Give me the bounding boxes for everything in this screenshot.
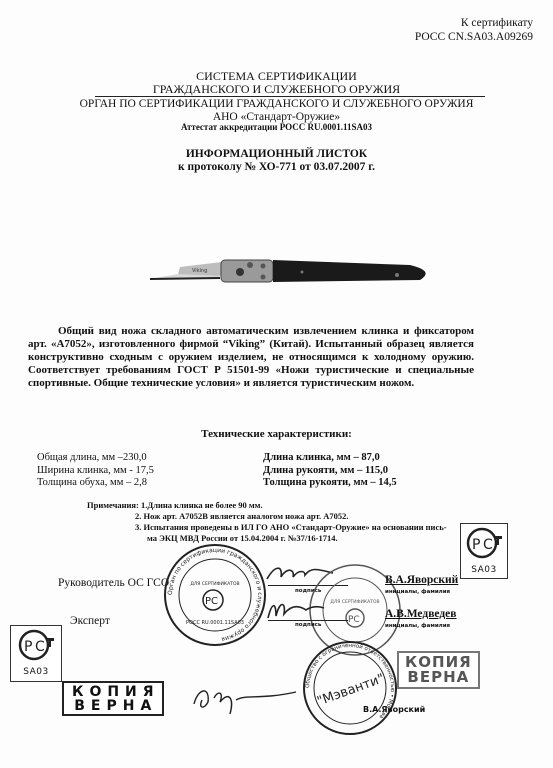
organ-line-1: ОРГАН ПО СЕРТИФИКАЦИИ ГРАЖДАНСКОГО И СЛУ… xyxy=(0,98,553,111)
document-title: ИНФОРМАЦИОННЫЙ ЛИСТОК к протоколу № ХО-7… xyxy=(0,148,553,174)
certificate-ref-label: К сертификату xyxy=(355,16,533,30)
svg-text:Р: Р xyxy=(472,537,480,553)
system-header: СИСТЕМА СЕРТИФИКАЦИИ ГРАЖДАНСКОГО И СЛУЖ… xyxy=(0,70,553,96)
expert-signature-caption: подпись xyxy=(295,622,321,628)
notes-section: Примечания: 1.Длина клинка не более 90 м… xyxy=(87,500,447,544)
svg-text:Viking: Viking xyxy=(192,268,207,274)
seal-reg: РОСС RU.0001.11SA03 xyxy=(186,620,244,626)
head-role-label: Руководитель ОС ГСО xyxy=(58,577,169,589)
spec-total-length: Общая длина, мм –230,0 xyxy=(37,452,154,465)
mzvanti-signer: В.А.Яворский xyxy=(363,705,425,714)
title-line-1: ИНФОРМАЦИОННЫЙ ЛИСТОК xyxy=(0,148,553,161)
certificate-ref-number: РОСС CN.SA03.A09269 xyxy=(355,30,533,44)
system-line-2: ГРАЖДАНСКОГО И СЛУЖЕБНОГО ОРУЖИЯ xyxy=(0,83,553,96)
expert-signature xyxy=(266,598,326,620)
notes-label: Примечания: xyxy=(87,500,139,510)
mzvanti-name: "Мэванти" xyxy=(315,671,386,709)
title-protocol: к протоколу № ХО-771 от 03.07.2007 г. xyxy=(0,161,553,174)
rst-logo-icon: Р С xyxy=(464,524,504,560)
tech-specs-left: Общая длина, мм –230,0 Ширина клинка, мм… xyxy=(37,452,154,490)
rst-logo-icon: Р С xyxy=(14,626,58,662)
spec-blade-width: Ширина клинка, мм - 17,5 xyxy=(37,465,154,478)
tech-specs-right: Длина клинка, мм – 87,0 Длина рукояти, м… xyxy=(263,452,397,490)
tech-specs-title: Технические характеристики: xyxy=(0,428,553,440)
accreditation-line: Аттестат аккредитации РОСС RU.0001.11SA0… xyxy=(0,122,553,132)
svg-text:С: С xyxy=(35,639,45,655)
spec-blade-length: Длина клинка, мм – 87,0 xyxy=(263,452,397,465)
spec-handle-thickness: Толщина рукояти, мм – 14,5 xyxy=(263,477,397,490)
note-2: 2. Нож арт. А7052В является аналогом нож… xyxy=(87,511,447,522)
header-divider xyxy=(95,96,485,97)
company-seal-mzvanti: Общество с ограниченной ответственностью… xyxy=(300,638,400,738)
rst-code: SA03 xyxy=(461,565,507,575)
svg-text:ДЛЯ СЕРТИФИКАТОВ: ДЛЯ СЕРТИФИКАТОВ xyxy=(330,599,379,605)
organ-header: ОРГАН ПО СЕРТИФИКАЦИИ ГРАЖДАНСКОГО И СЛУ… xyxy=(0,98,553,124)
head-name-caption: инициалы, фамилия xyxy=(385,589,450,595)
seal-center-text: ДЛЯ СЕРТИФИКАТОВ xyxy=(190,581,239,587)
spec-handle-length: Длина рукояти, мм – 115,0 xyxy=(263,465,397,478)
svg-text:С: С xyxy=(483,537,493,553)
rst-code-left: SA03 xyxy=(11,667,61,677)
seal-ring-text: Орган по сертификации гражданского и слу… xyxy=(167,547,263,643)
expert-name-caption: инициалы, фамилия xyxy=(385,623,450,629)
certification-seal: Орган по сертификации гражданского и слу… xyxy=(160,540,270,650)
spec-spine-thickness: Толщина обуха, мм – 2,8 xyxy=(37,477,154,490)
copy-certified-stamp: КОПИЯ ВЕРНА xyxy=(62,681,164,716)
rst-certification-mark-left: Р С SA03 xyxy=(10,625,62,682)
rst-certification-mark: Р С SA03 xyxy=(460,523,508,579)
expert-signature-line xyxy=(268,620,348,621)
expert-role-label: Эксперт xyxy=(70,615,110,627)
note-1: Примечания: 1.Длина клинка не более 90 м… xyxy=(87,500,447,511)
svg-text:Орган по сертификации гражданс: Орган по сертификации гражданского и слу… xyxy=(167,547,263,643)
seal-rst-letters: РС xyxy=(205,596,218,607)
svg-text:Р: Р xyxy=(24,639,32,655)
knife-photo: Viking xyxy=(150,222,440,292)
head-name: В.А.Яворский xyxy=(385,574,458,586)
copy-certified-stamp-right: КОПИЯ ВЕРНА xyxy=(397,651,480,689)
expert-name: А.В.Медведев xyxy=(385,608,457,620)
description-paragraph: Общий вид ножа складного автоматическим … xyxy=(28,325,474,390)
svg-text:РС: РС xyxy=(348,615,360,625)
certificate-reference: К сертификату РОСС CN.SA03.A09269 xyxy=(355,16,533,44)
copy-signature xyxy=(190,680,300,720)
description-text: Общий вид ножа складного автоматическим … xyxy=(28,325,474,389)
note-3: 3. Испытания проведены в ИЛ ГО АНО «Стан… xyxy=(87,522,447,533)
